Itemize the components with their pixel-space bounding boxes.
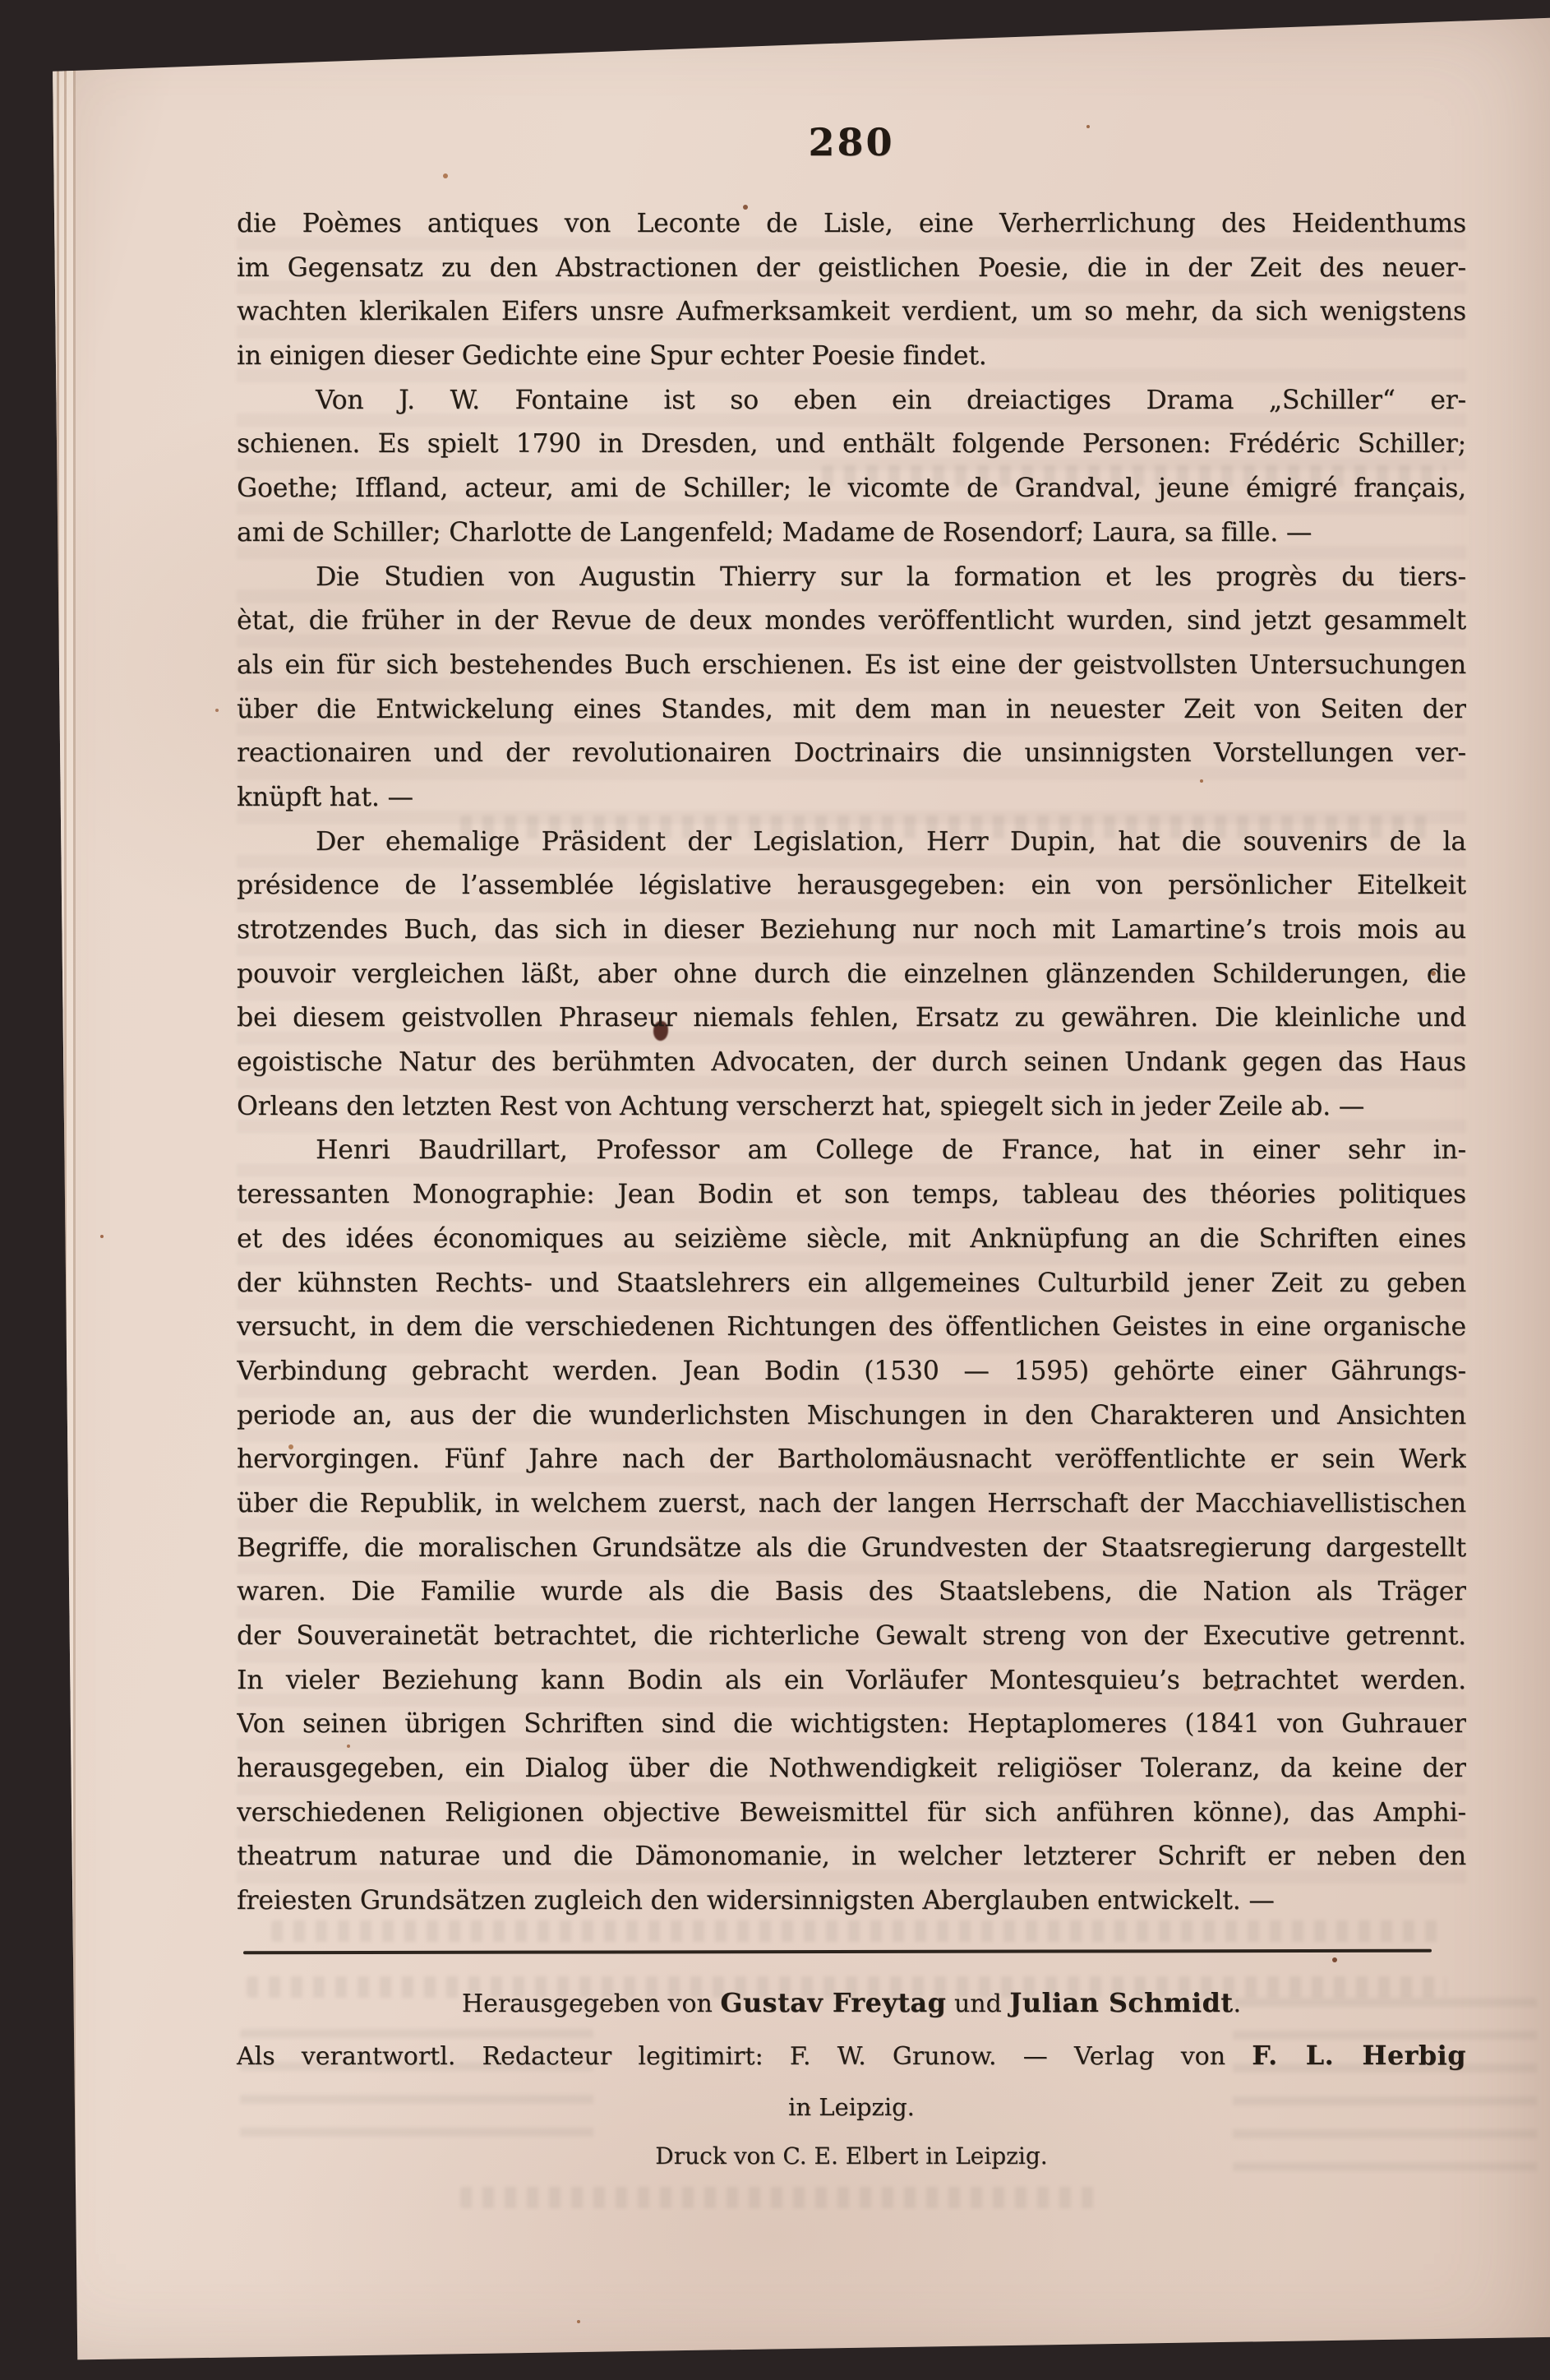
text-line: wachten klerikalen Eifers unsre Aufmerks… xyxy=(237,290,1466,335)
person-name: F. L. Herbig xyxy=(1252,2040,1466,2071)
text-line: Von J. W. Fontaine ist so eben ein dreia… xyxy=(237,379,1466,423)
text-line: im Gegensatz zu den Abstractionen der ge… xyxy=(237,247,1466,291)
text-line: pouvoir vergleichen läßt, aber ohne durc… xyxy=(237,953,1466,997)
text-line: über die Republik, in welchem zuerst, na… xyxy=(237,1482,1466,1527)
text-line: knüpft hat. — xyxy=(237,776,1466,820)
scan-photo: { "colors": { "mat_background": "#2a2323… xyxy=(0,0,1550,2380)
footer-imprint-line: Als verantwortl. Redacteur legitimirt: F… xyxy=(237,2040,1466,2071)
footer-text: . xyxy=(1234,1989,1242,2018)
footer-rule xyxy=(243,1949,1432,1954)
text-line: verschiedenen Religionen objective Bewei… xyxy=(237,1791,1466,1836)
text-line: periode an, aus der die wunderlichsten M… xyxy=(237,1394,1466,1439)
text-line: In vieler Beziehung kann Bodin als ein V… xyxy=(237,1659,1466,1703)
text-line: Goethe; Iffland, acteur, ami de Schiller… xyxy=(237,467,1466,511)
footer-text: Als verantwortl. Redacteur legitimirt: F… xyxy=(237,2042,1252,2071)
text-line: als ein für sich bestehendes Buch erschi… xyxy=(237,644,1466,688)
text-line: présidence de l’assemblée législative he… xyxy=(237,864,1466,908)
text-line: reactionairen und der revolutionairen Do… xyxy=(237,732,1466,776)
text-line: Verbindung gebracht werden. Jean Bodin (… xyxy=(237,1350,1466,1394)
text-line: strotzendes Buch, das sich in dieser Bez… xyxy=(237,908,1466,953)
body-text: die Poèmes antiques von Leconte de Lisle… xyxy=(237,202,1466,1924)
text-line: theatrum naturae und die Dämonomanie, in… xyxy=(237,1835,1466,1879)
page-number: 280 xyxy=(237,120,1466,164)
text-line: versucht, in dem die verschiedenen Richt… xyxy=(237,1306,1466,1350)
text-line: freiesten Grundsätzen zugleich den wider… xyxy=(237,1879,1466,1924)
text-line: Henri Baudrillart, Professor am College … xyxy=(237,1129,1466,1173)
text-line: hervorgingen. Fünf Jahre nach der Bartho… xyxy=(237,1438,1466,1482)
text-line: herausgegeben, ein Dialog über die Nothw… xyxy=(237,1747,1466,1791)
person-name: Julian Schmidt xyxy=(1009,1988,1233,2018)
text-line: ètat, die früher in der Revue de deux mo… xyxy=(237,599,1466,644)
text-line: Begriffe, die moralischen Grundsätze als… xyxy=(237,1527,1466,1571)
text-line: der kühnsten Rechts- und Staatslehrers e… xyxy=(237,1262,1466,1306)
text-line: Die Studien von Augustin Thierry sur la … xyxy=(237,556,1466,600)
text-line: in einigen dieser Gedichte eine Spur ech… xyxy=(237,335,1466,379)
text-line: ami de Schiller; Charlotte de Langenfeld… xyxy=(237,511,1466,556)
footer-city-line: in Leipzig. xyxy=(237,2093,1466,2121)
text-line: Orleans den letzten Rest von Achtung ver… xyxy=(237,1085,1466,1130)
text-line: Der ehemalige Präsident der Legislation,… xyxy=(237,820,1466,865)
text-line: die Poèmes antiques von Leconte de Lisle… xyxy=(237,202,1466,247)
footer-text: Herausgegeben von xyxy=(462,1989,720,2018)
text-line: schienen. Es spielt 1790 in Dresden, und… xyxy=(237,423,1466,467)
text-line: über die Entwickelung eines Standes, mit… xyxy=(237,688,1466,732)
text-line: Von seinen übrigen Schriften sind die wi… xyxy=(237,1703,1466,1747)
text-line: egoistische Natur des berühmten Advocate… xyxy=(237,1041,1466,1085)
paper-flecks xyxy=(0,0,3,3)
text-line: waren. Die Familie wurde als die Basis d… xyxy=(237,1570,1466,1615)
text-line: bei diesem geistvollen Phraseur niemals … xyxy=(237,996,1466,1041)
footer-text: und xyxy=(946,1989,1009,2018)
footer-editors-line: Herausgegeben von Gustav Freytag und Jul… xyxy=(237,1988,1466,2018)
text-line: teressanten Monographie: Jean Bodin et s… xyxy=(237,1173,1466,1218)
text-line: et des idées économiques au seizième siè… xyxy=(237,1218,1466,1262)
printed-text-block: 280 die Poèmes antiques von Leconte de L… xyxy=(237,0,1466,2380)
person-name: Gustav Freytag xyxy=(720,1988,946,2018)
footer-printer-line: Druck von C. E. Elbert in Leipzig. xyxy=(237,2142,1466,2170)
text-line: der Souverainetät betrachtet, die richte… xyxy=(237,1615,1466,1659)
